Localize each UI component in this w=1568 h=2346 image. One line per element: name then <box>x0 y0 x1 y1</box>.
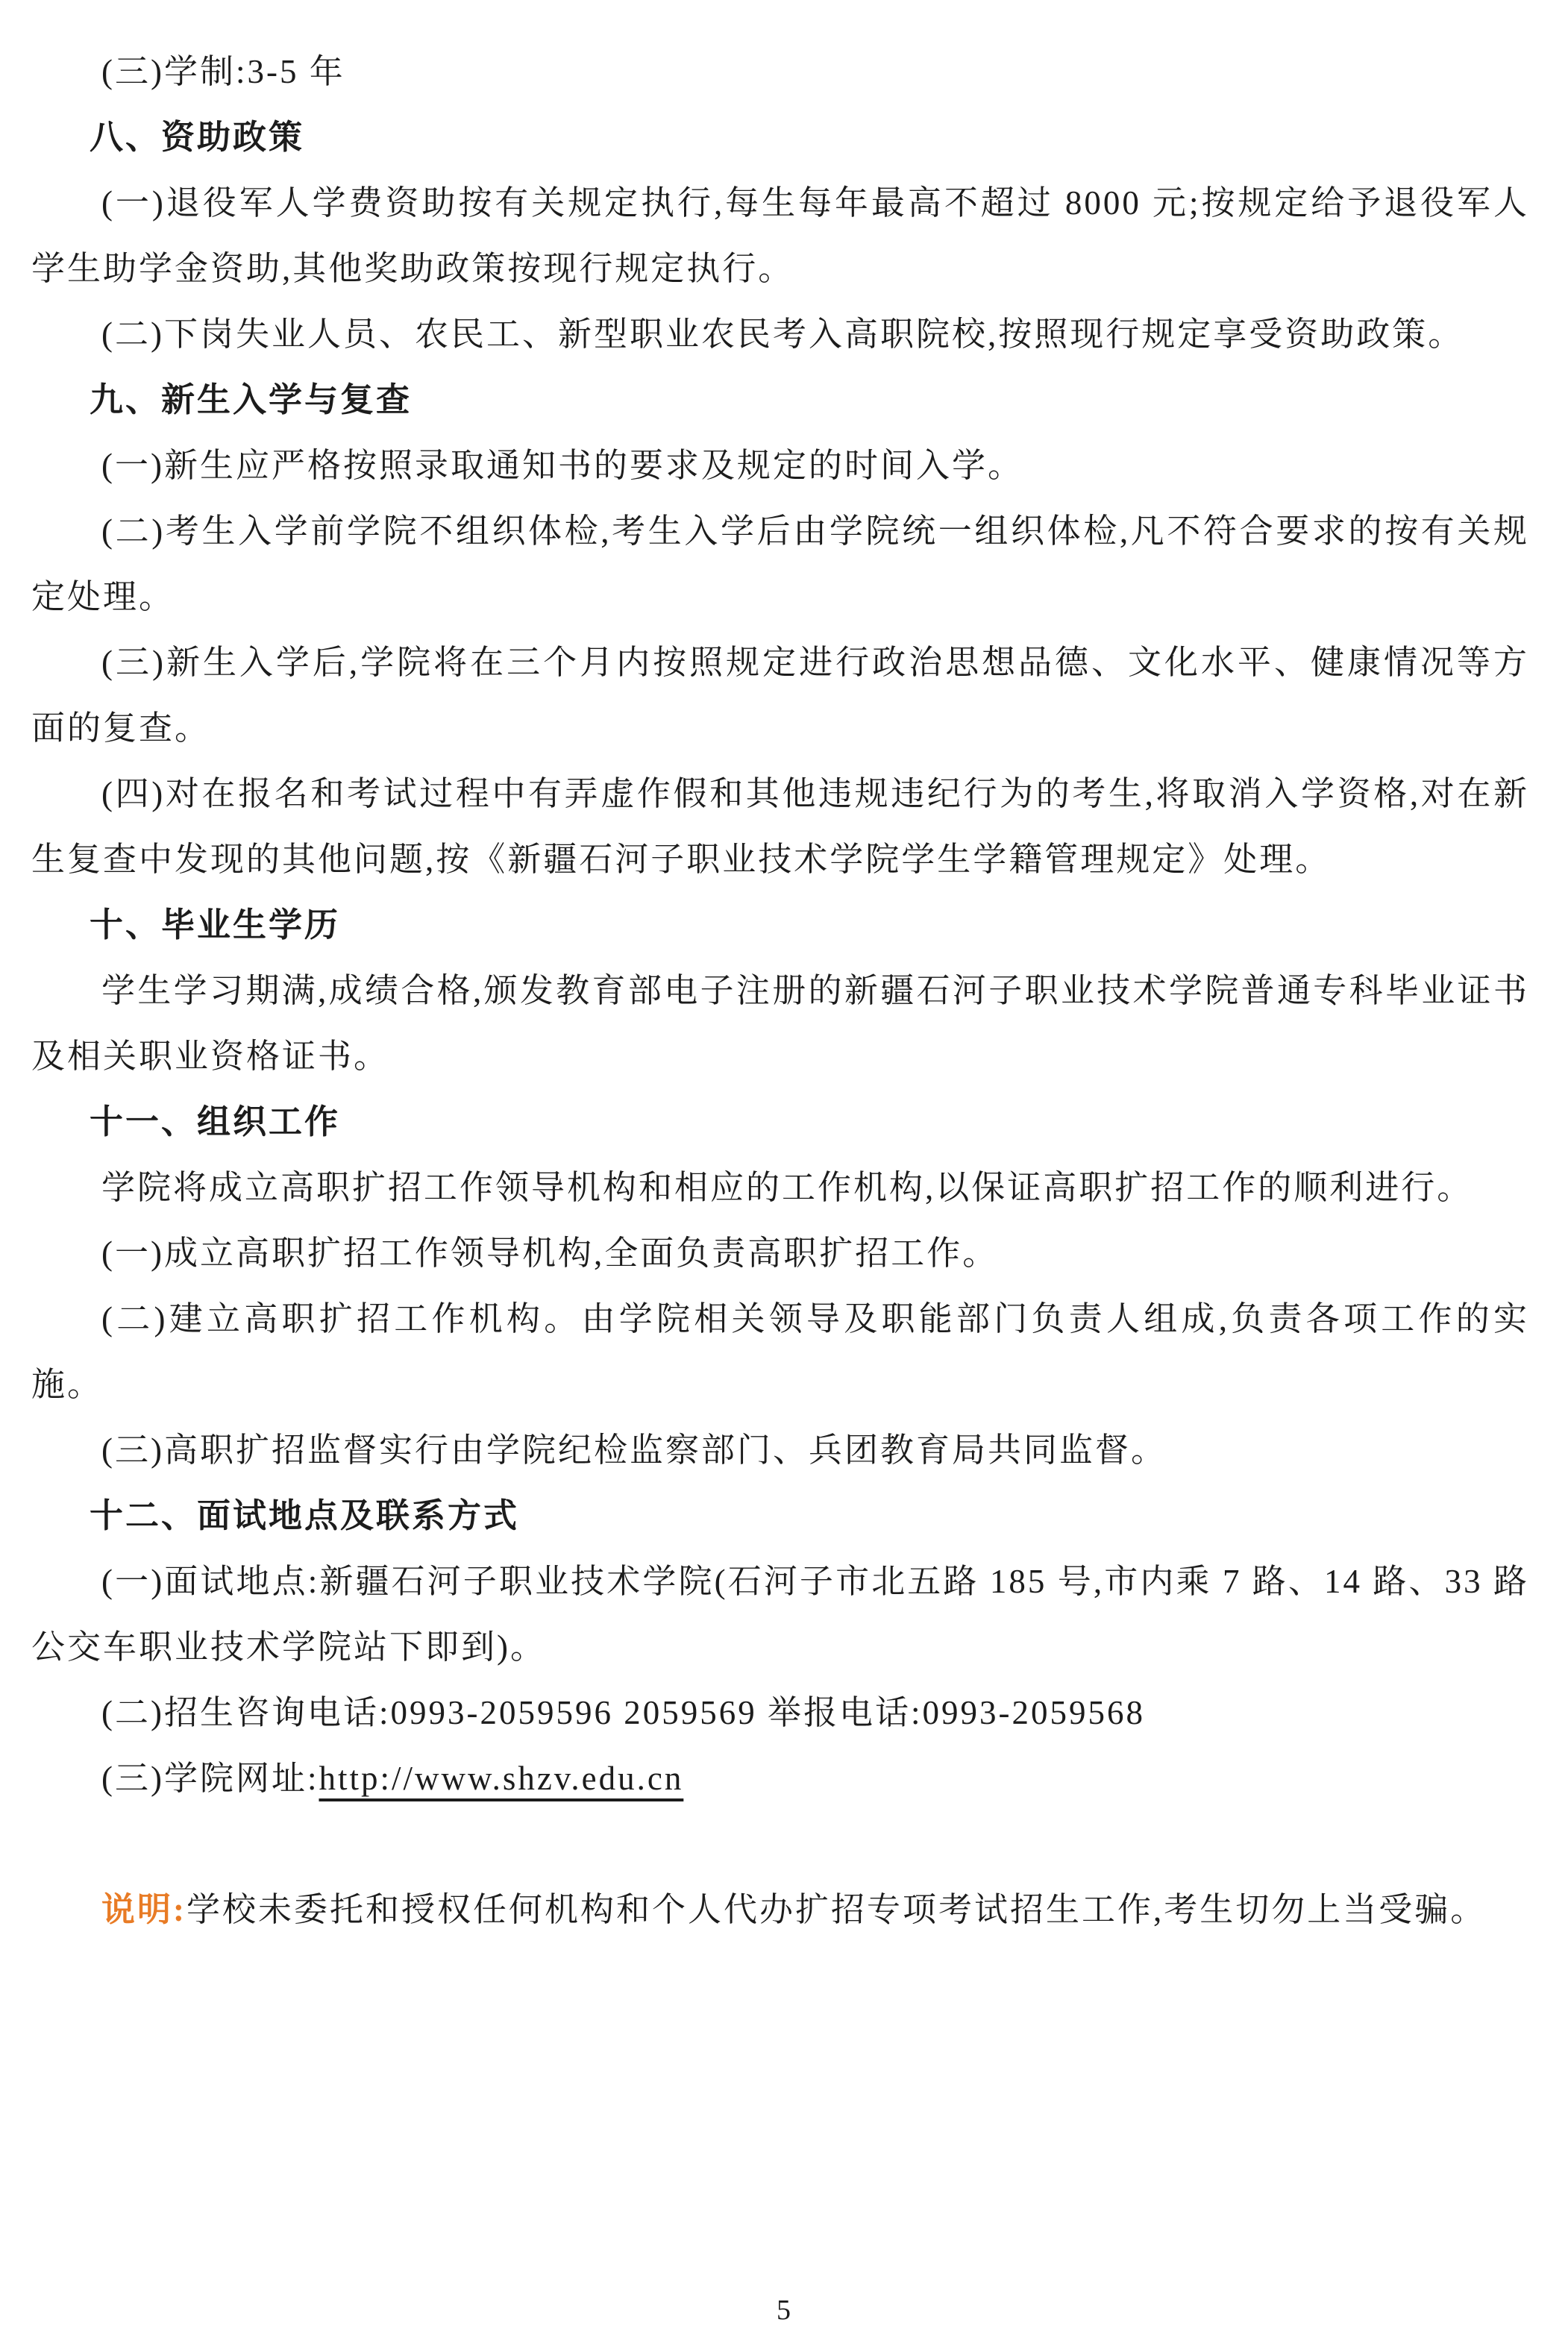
page-number: 5 <box>0 2294 1568 2327</box>
para-unemployed-funding: (二)下岗失业人员、农民工、新型职业农民考入高职院校,按照现行规定享受资助政策。 <box>31 301 1529 367</box>
para-enrollment-time: (一)新生应严格按照录取通知书的要求及规定的时间入学。 <box>31 433 1529 498</box>
disclaimer-text: 学校未委托和授权任何机构和个人代办扩招专项考试招生工作,考生切勿上当受骗。 <box>186 1891 1486 1928</box>
heading-graduate-diploma: 十、毕业生学历 <box>31 892 1529 958</box>
para-org-overview: 学院将成立高职扩招工作领导机构和相应的工作机构,以保证高职扩招工作的顺利进行。 <box>31 1155 1529 1220</box>
heading-interview-contact: 十二、面试地点及联系方式 <box>31 1483 1529 1549</box>
para-org-leadership: (一)成立高职扩招工作领导机构,全面负责高职扩招工作。 <box>31 1220 1529 1286</box>
heading-funding-policy: 八、资助政策 <box>31 104 1529 170</box>
para-phone-numbers: (二)招生咨询电话:0993-2059596 2059569 举报电话:0993… <box>31 1680 1529 1746</box>
para-veteran-funding: (一)退役军人学费资助按有关规定执行,每生每年最高不超过 8000 元;按规定给… <box>31 170 1529 301</box>
para-website: (三)学院网址:http://www.shzv.edu.cn <box>31 1746 1529 1811</box>
document-body: (三)学制:3-5 年 八、资助政策 (一)退役军人学费资助按有关规定执行,每生… <box>31 39 1529 1942</box>
para-post-enroll-review: (三)新生入学后,学院将在三个月内按照规定进行政治思想品德、文化水平、健康情况等… <box>31 630 1529 761</box>
para-disclaimer: 说明:学校未委托和授权任何机构和个人代办扩招专项考试招生工作,考生切勿上当受骗。 <box>31 1877 1529 1942</box>
disclaimer-label: 说明: <box>101 1891 186 1928</box>
para-study-duration: (三)学制:3-5 年 <box>31 39 1529 104</box>
blank-line <box>31 1811 1529 1877</box>
para-diploma-issue: 学生学习期满,成绩合格,颁发教育部电子注册的新疆石河子职业技术学院普通专科毕业证… <box>31 958 1529 1089</box>
para-fraud-handling: (四)对在报名和考试过程中有弄虚作假和其他违规违纪行为的考生,将取消入学资格,对… <box>31 761 1529 892</box>
website-prefix: (三)学院网址: <box>101 1760 319 1797</box>
para-interview-location: (一)面试地点:新疆石河子职业技术学院(石河子市北五路 185 号,市内乘 7 … <box>31 1549 1529 1680</box>
document-page: (三)学制:3-5 年 八、资助政策 (一)退役军人学费资助按有关规定执行,每生… <box>0 0 1568 2346</box>
heading-enrollment-review: 九、新生入学与复查 <box>31 367 1529 433</box>
heading-organization-work: 十一、组织工作 <box>31 1089 1529 1155</box>
website-link[interactable]: http://www.shzv.edu.cn <box>319 1760 683 1797</box>
para-physical-exam: (二)考生入学前学院不组织体检,考生入学后由学院统一组织体检,凡不符合要求的按有… <box>31 498 1529 630</box>
para-org-supervision: (三)高职扩招监督实行由学院纪检监察部门、兵团教育局共同监督。 <box>31 1417 1529 1483</box>
para-org-structure: (二)建立高职扩招工作机构。由学院相关领导及职能部门负责人组成,负责各项工作的实… <box>31 1286 1529 1417</box>
